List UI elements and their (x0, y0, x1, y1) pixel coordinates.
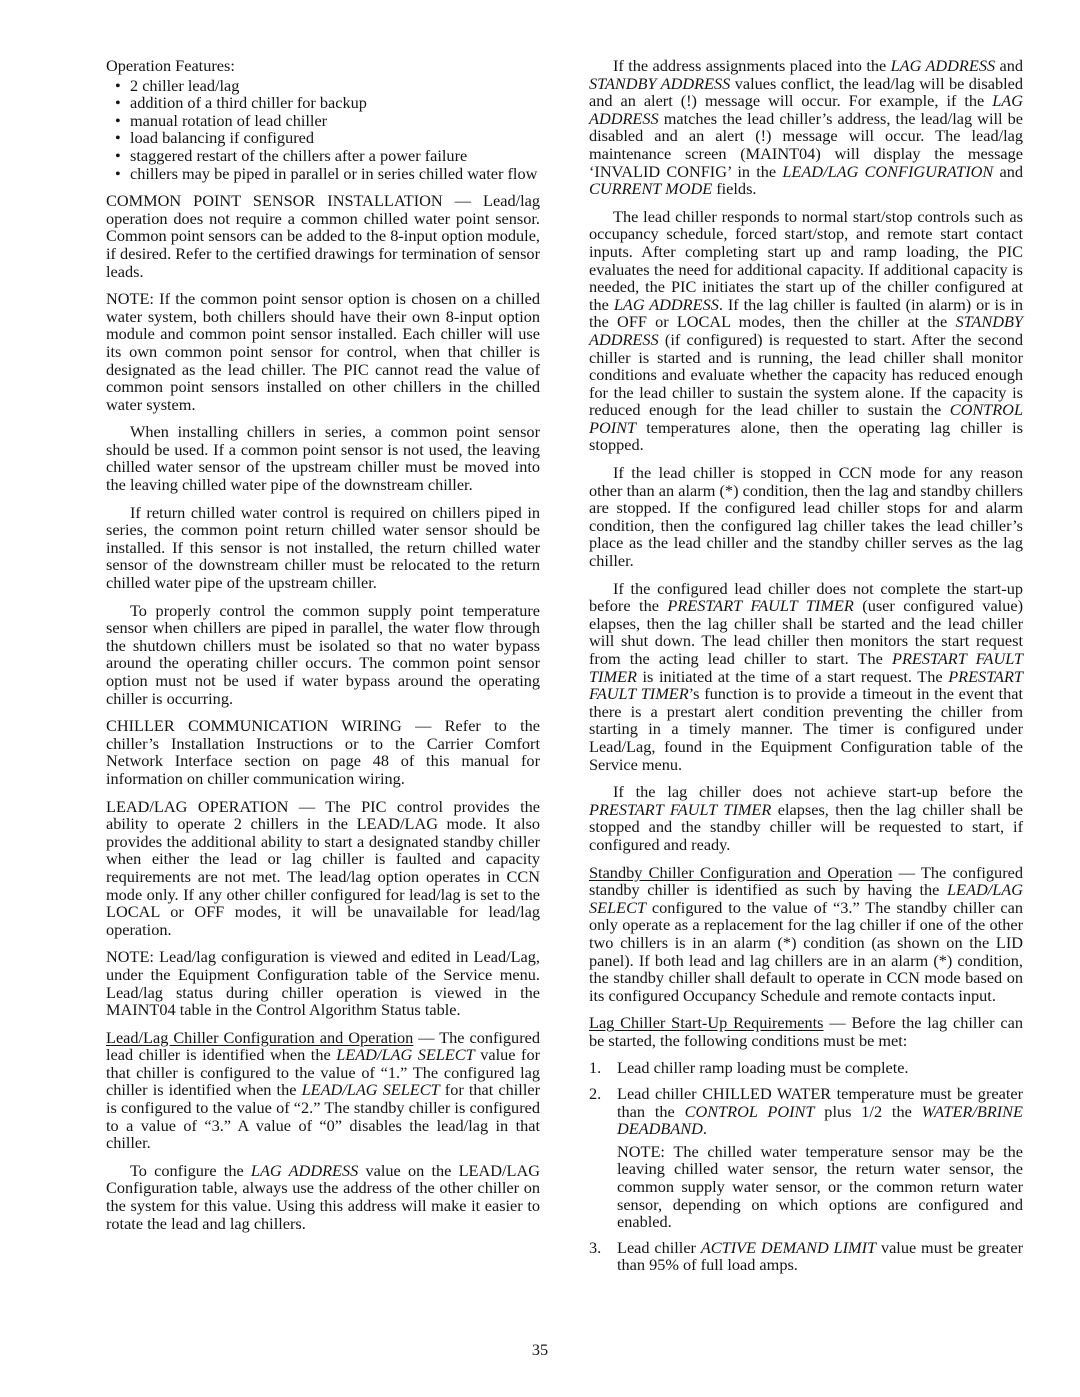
text-run: If return chilled water control is requi… (106, 503, 540, 592)
text-run: staggered restart of the chillers after … (130, 146, 467, 165)
text-run: To configure the (130, 1161, 251, 1180)
item-note: NOTE: The chilled water temperature sens… (617, 1143, 1023, 1231)
italic-term: CURRENT MODE (589, 179, 712, 198)
italic-term: LAG ADDRESS (251, 1161, 358, 1180)
paragraph-note-common-point-option: NOTE: If the common point sensor option … (106, 290, 540, 413)
document-page: Operation Features:2 chiller lead/lagadd… (0, 0, 1080, 1397)
text-run: Operation Features: (106, 56, 235, 75)
left-column: Operation Features:2 chiller lead/lagadd… (106, 57, 540, 1242)
text-run: fields. (712, 179, 756, 198)
italic-term: LAG ADDRESS (891, 56, 996, 75)
text-run: and (995, 56, 1023, 75)
text-run: To properly control the common supply po… (106, 601, 540, 708)
text-run: . (703, 1119, 707, 1138)
paragraph-lead-lag-operation: LEAD/LAG OPERATION — The PIC control pro… (106, 798, 540, 939)
paragraph-common-point-sensor-installation: COMMON POINT SENSOR INSTALLATION — Lead/… (106, 192, 540, 280)
text-run: NOTE: If the common point sensor option … (106, 289, 540, 414)
italic-term: STANDBY ADDRESS (589, 74, 730, 93)
text-run: Lead chiller (617, 1238, 701, 1257)
paragraph-configure-lag-address: To configure the LAG ADDRESS value on th… (106, 1162, 540, 1232)
paragraph-common-supply-point: To properly control the common supply po… (106, 602, 540, 708)
paragraph-lead-chiller-responds: The lead chiller responds to normal star… (589, 208, 1023, 454)
text-run: CHILLER COMMUNICATION WIRING — Refer to … (106, 716, 540, 788)
item-number: 1. (589, 1059, 601, 1077)
italic-term: LEAD/LAG SELECT (302, 1080, 440, 1099)
text-run: temperatures alone, then the operating l… (589, 418, 1023, 455)
text-run: If the lead chiller is stopped in CCN mo… (589, 463, 1023, 570)
bullet-item: 2 chiller lead/lag (106, 77, 540, 95)
paragraph-note-lead-lag-configuration: NOTE: Lead/lag configuration is viewed a… (106, 948, 540, 1018)
bullet-item: manual rotation of lead chiller (106, 112, 540, 130)
page-number: 35 (0, 1341, 1080, 1359)
text-run: COMMON POINT SENSOR INSTALLATION — Lead/… (106, 191, 540, 280)
section-lead-lag-chiller-configuration: Lead/Lag Chiller Configuration and Opera… (106, 1029, 540, 1152)
paragraph-return-chilled-water-control: If return chilled water control is requi… (106, 504, 540, 592)
lag-startup-conditions-list: 1.Lead chiller ramp loading must be comp… (589, 1059, 1023, 1274)
bullet-item: load balancing if configured (106, 129, 540, 147)
section-lag-chiller-startup-requirements: Lag Chiller Start-Up Requirements — Befo… (589, 1014, 1023, 1049)
section-heading: Standby Chiller Configuration and Operat… (589, 863, 892, 882)
section-heading: Lead/Lag Chiller Configuration and Opera… (106, 1028, 413, 1047)
paragraph-lead-chiller-stopped-ccn: If the lead chiller is stopped in CCN mo… (589, 464, 1023, 570)
numbered-item: 3.Lead chiller ACTIVE DEMAND LIMIT value… (589, 1239, 1023, 1274)
operation-features-list: 2 chiller lead/lagaddition of a third ch… (106, 77, 540, 183)
italic-term: LEAD/LAG SELECT (336, 1045, 475, 1064)
text-run: addition of a third chiller for backup (130, 93, 367, 112)
section-standby-chiller-configuration: Standby Chiller Configuration and Operat… (589, 864, 1023, 1005)
numbered-item: 2.Lead chiller CHILLED WATER temperature… (589, 1085, 1023, 1231)
paragraph-lag-chiller-no-startup: If the lag chiller does not achieve star… (589, 783, 1023, 853)
italic-term: CONTROL POINT (685, 1102, 815, 1121)
text-run: plus 1/2 the (814, 1102, 921, 1121)
paragraph-address-conflict: If the address assignments placed into t… (589, 57, 1023, 198)
text-run: NOTE: The chilled water temperature sens… (617, 1142, 1023, 1231)
paragraph-operation-features: Operation Features: (106, 57, 540, 75)
text-run: chillers may be piped in parallel or in … (130, 164, 537, 183)
text-run: Lead chiller ramp loading must be comple… (617, 1058, 909, 1077)
text-run: configured to the value of “3.” The stan… (589, 898, 1023, 1005)
italic-term: ACTIVE DEMAND LIMIT (701, 1238, 876, 1257)
text-run: When installing chillers in series, a co… (106, 422, 540, 494)
italic-term: LAG ADDRESS (614, 295, 719, 314)
bullet-item: chillers may be piped in parallel or in … (106, 165, 540, 183)
text-run: load balancing if configured (130, 128, 314, 147)
text-run: NOTE: Lead/lag configuration is viewed a… (106, 947, 540, 1019)
text-run: and (993, 162, 1023, 181)
paragraph-chiller-communication-wiring: CHILLER COMMUNICATION WIRING — Refer to … (106, 717, 540, 787)
paragraph-chillers-in-series: When installing chillers in series, a co… (106, 423, 540, 493)
text-run: If the lag chiller does not achieve star… (613, 782, 1023, 801)
bullet-item: staggered restart of the chillers after … (106, 147, 540, 165)
numbered-item: 1.Lead chiller ramp loading must be comp… (589, 1059, 1023, 1077)
text-run: If the address assignments placed into t… (613, 56, 891, 75)
item-number: 2. (589, 1085, 601, 1103)
bullet-item: addition of a third chiller for backup (106, 94, 540, 112)
italic-term: PRESTART FAULT TIMER (589, 800, 771, 819)
item-number: 3. (589, 1239, 601, 1257)
text-run: LEAD/LAG OPERATION — The PIC control pro… (106, 797, 540, 939)
italic-term: LEAD/LAG CONFIGURATION (782, 162, 993, 181)
text-run: manual rotation of lead chiller (130, 111, 327, 130)
text-run: is initiated at the time of a start requ… (637, 667, 948, 686)
right-column: If the address assignments placed into t… (589, 57, 1023, 1282)
section-heading: Lag Chiller Start-Up Requirements (589, 1013, 824, 1032)
paragraph-prestart-fault-timer: If the configured lead chiller does not … (589, 580, 1023, 774)
italic-term: PRESTART FAULT TIMER (667, 596, 853, 615)
text-run: 2 chiller lead/lag (130, 76, 239, 95)
